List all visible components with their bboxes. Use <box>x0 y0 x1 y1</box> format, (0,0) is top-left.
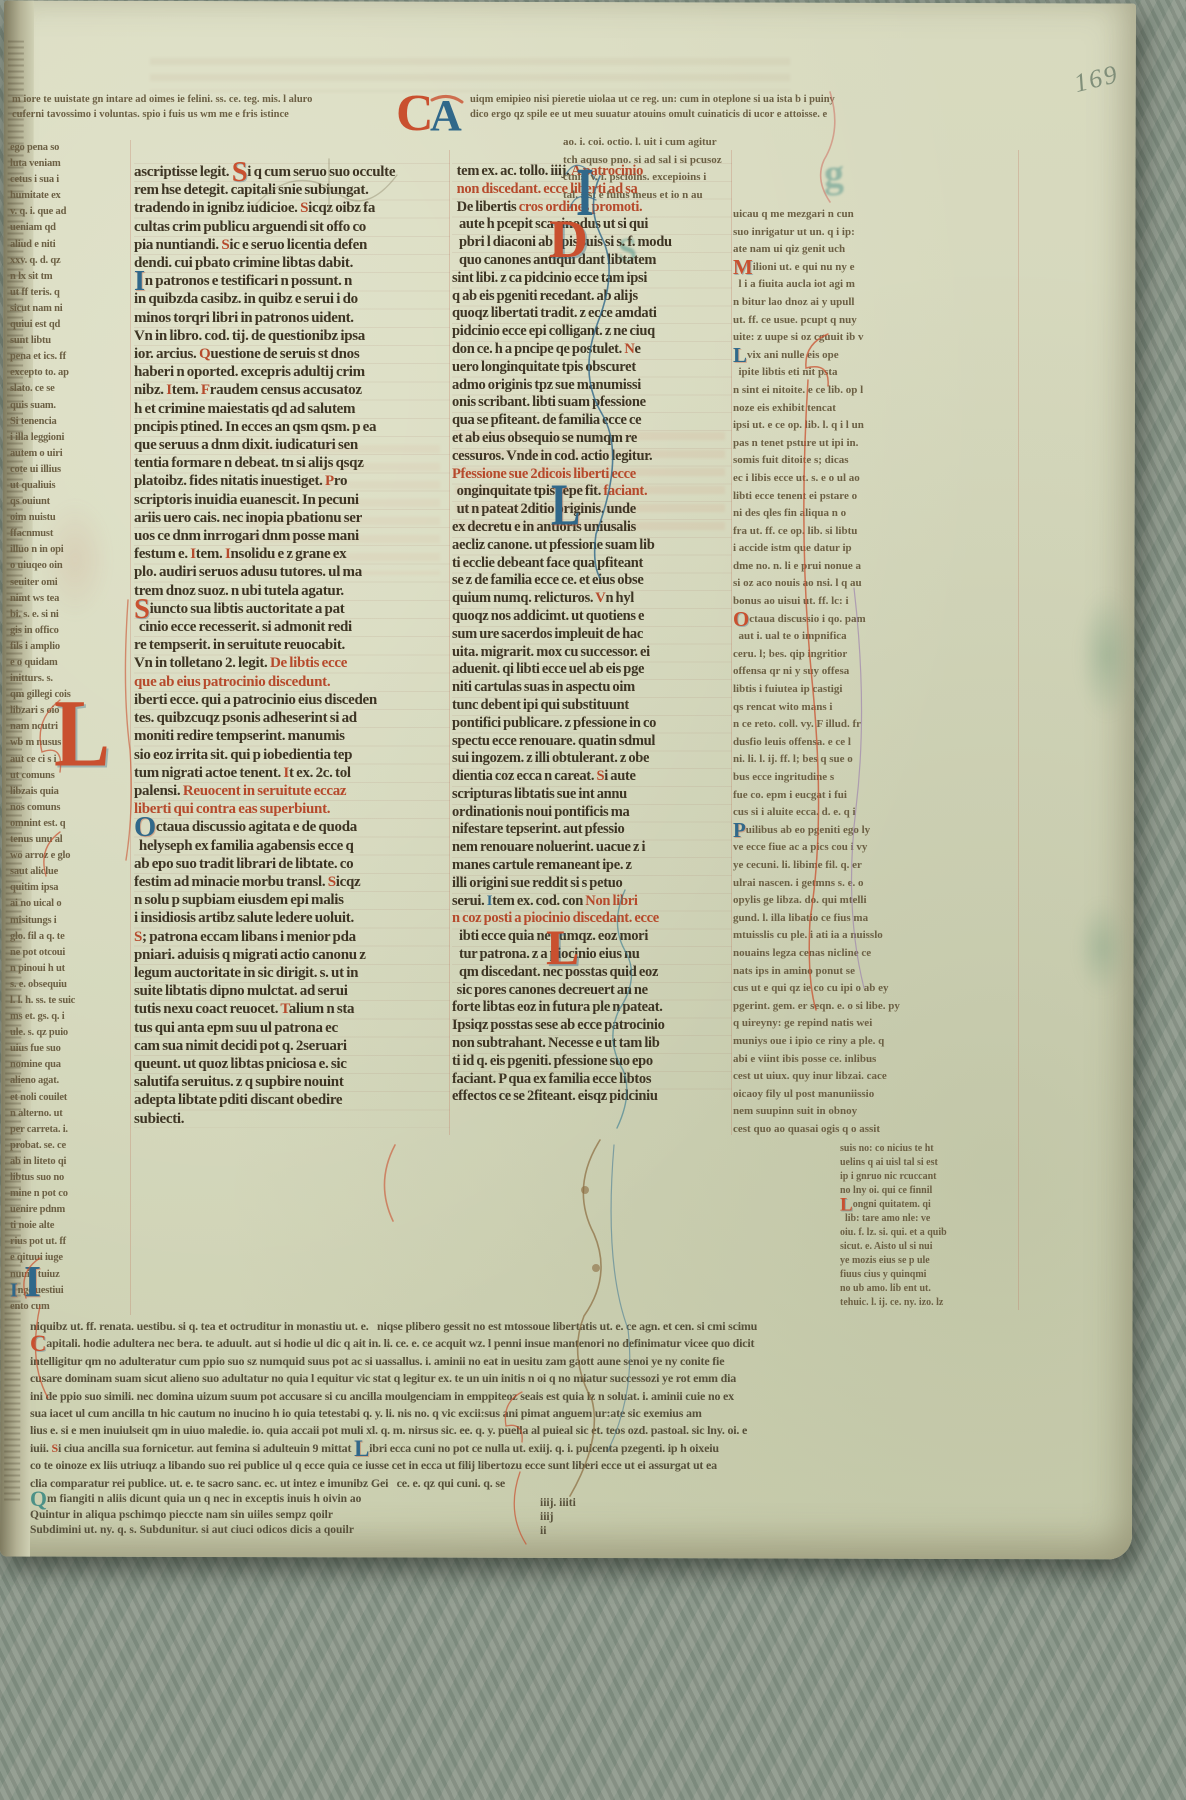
running-header-letter-a: A <box>430 94 462 138</box>
text-line: quis suam. <box>10 398 130 414</box>
text-line: re tempserit. in seruitute reuocabit. <box>134 636 450 654</box>
text-line: Si tenencia <box>10 414 130 430</box>
text-line: suis no: co nicius te ht <box>840 1142 1018 1156</box>
text-line: ao. i. coi. octio. l. uit i cum agitur <box>563 134 1015 152</box>
text-line: ut ff teris. q <box>10 285 130 301</box>
text-line: Longni quitatem. qi <box>840 1198 1018 1212</box>
text-line: per carreta. i. <box>10 1122 130 1138</box>
text-line: quoqz libertati tradit. z ecce amdati <box>452 305 732 323</box>
text-line: n pinoui h ut <box>10 961 130 977</box>
text-line: cultas crim publicu arguendi sit offo co <box>134 218 450 236</box>
text-line: ariis uero cais. nec inopia pbationu ser <box>134 509 450 527</box>
text-line: ceru. l; bes. qip ingritior <box>733 646 1017 664</box>
text-line: ordinationis noui pontificis ma <box>452 804 732 822</box>
text-line: admo originis tpz sue manumissi <box>452 377 732 395</box>
text-line: illi origini sue reddit si s petuo <box>452 875 732 893</box>
drop-cap-d: D <box>549 212 588 266</box>
text-line: tes. quibzcuqz psonis adheserint si ad <box>134 709 450 727</box>
text-line: aecliz canone. ut pfessione suam lib <box>452 537 732 555</box>
text-line: dientia coz ecca n careat. Si aute <box>452 768 732 786</box>
text-line: qua se pfiteant. de familia ecce ce <box>452 412 732 430</box>
text-line: fiuus cius y quinqmi <box>840 1268 1018 1282</box>
text-line: m iore te uuistate gn intare ad oimes ie… <box>12 92 377 107</box>
text-line: ibti ecce quia nec umqz. eoz mori <box>452 928 732 946</box>
text-line: intelligitur qm no adulteratur cum ppio … <box>30 1353 1132 1370</box>
text-line: minos torqri libri in patronos uident. <box>134 309 450 327</box>
text-line: pena et ics. ff <box>10 349 130 365</box>
text-line: platoibz. fides nitatis inuestiget. Pro <box>134 472 450 490</box>
text-line: ii <box>540 1524 630 1538</box>
text-line: Qm fiangiti n aliis dicunt quia un q nec… <box>30 1492 550 1508</box>
text-line: cessuros. Vnde in cod. actio legitur. <box>452 448 732 466</box>
text-line: si oz aco nouis ao nsi. l q au <box>733 575 1017 593</box>
text-line: cus si i aluite ecca. d. e. q i <box>733 804 1017 822</box>
text-line: ni. li. l. ij. ff. l; bes q sue o <box>733 751 1017 769</box>
text-line: excepto to. ap <box>10 365 130 381</box>
text-line: tradendo in ignibz iudicioe. Sicqz oibz … <box>134 199 450 217</box>
text-line: sum ure sacerdos impleuit de hac <box>452 626 732 644</box>
text-line: seuiter omi <box>10 575 130 591</box>
text-line: sua iacet ul cum ancilla tn hic cautum n… <box>30 1405 1132 1422</box>
text-line: plo. audiri seruos adusu tutores. ul ma <box>134 563 450 581</box>
text-line: pniari. aduisis q migrati actio canonu z <box>134 946 450 964</box>
text-line: n alterno. ut <box>10 1106 130 1122</box>
text-line: q uireyny: ge repind natis wei <box>733 1015 1017 1033</box>
text-line: humitate ex <box>10 188 130 204</box>
text-line: probat. se. ce <box>10 1138 130 1154</box>
text-line: ab in liteto qi <box>10 1154 130 1170</box>
text-line: ti ecclie debeant face qua pfiteant <box>452 555 732 573</box>
text-line: tentia formare n debeat. tn si alijs qsq… <box>134 454 450 472</box>
text-line: uos ce dnm inrrogari dnm posse mani <box>134 527 450 545</box>
text-line: libti ecce tenent ei pstare o <box>733 488 1017 506</box>
text-line: uita. migrarit. mox cu successor. ei <box>452 644 732 662</box>
text-line: sicut nam ni <box>10 301 130 317</box>
text-line: quium numq. relicturos. Vn hyl <box>452 590 732 608</box>
text-line: niti cartulas suas in aspectu oim <box>452 679 732 697</box>
text-line: nimt ws tea <box>10 591 130 607</box>
text-line: bus ecce ingritudine s <box>733 769 1017 787</box>
text-line: h et crimine maiestatis qd ad salutem <box>134 400 450 418</box>
text-line: offensa qr ni y suy offesa <box>733 663 1017 681</box>
text-line: ueniam qd <box>10 220 130 236</box>
text-line: dico ergo qz spile ee ut meu suuatur ato… <box>470 107 1018 122</box>
text-line: aliud e niti <box>10 237 130 253</box>
text-line: xxv. q. d. qz <box>10 253 130 269</box>
text-line: Lvix ani nulle eis ope <box>733 347 1017 365</box>
text-line: moniti redire tempserint. manumis <box>134 727 450 745</box>
text-line: s. e. obsequiu <box>10 977 130 993</box>
text-line: adepta libtate pditi discant obedire <box>134 1091 450 1109</box>
text-line: S; patrona eccam libans i menior pda <box>134 928 450 946</box>
text-line: sio eoz irrita sit. qui p iobedientia te… <box>134 746 450 764</box>
text-line: Milioni ut. e qui nu ny e <box>733 259 1017 277</box>
text-line: haberi n oported. excepris adultij crim <box>134 363 450 381</box>
text-line: uius fue suo <box>10 1041 130 1057</box>
text-line: spectu ecce renouare. quatin sdmul <box>452 733 732 751</box>
text-line: que ab eius patrocinio discedunt. <box>134 673 450 691</box>
text-line: dendi. cui pbato crimine libtas dabit. <box>134 254 450 272</box>
text-line: tehuic. l. ij. ce. ny. izo. lz <box>840 1296 1018 1310</box>
text-line: uero longinquitate tpis obscuret <box>452 359 732 377</box>
text-line: uelins q ai uisl tal si est <box>840 1156 1018 1170</box>
text-line: mine n pot co <box>10 1186 130 1202</box>
text-line: n sint ei nitoite. e ce lib. op l <box>733 382 1017 400</box>
text-line: ut n pateat 2ditio originis. unde <box>452 501 732 519</box>
text-line: sic pores canones decreuert an ne <box>452 982 732 1000</box>
text-line: ti noie alte <box>10 1218 130 1234</box>
text-line: n coz posti a piocinio discedant. ecce <box>452 910 732 928</box>
text-line: iberti ecce. qui a patrocinio eius disce… <box>134 691 450 709</box>
text-line: pidcinio ecce epi colligant. z ne ciuq <box>452 323 732 341</box>
text-line: quoqz nos addicimt. ut quotiens e <box>452 608 732 626</box>
text-line: abi e viint ibis posse ce. inlibus <box>733 1051 1017 1069</box>
text-line: autem o uiri <box>10 446 130 462</box>
text-line: Vn in libro. cod. tij. de questionibz ip… <box>134 327 450 345</box>
parchment-stain <box>1076 900 1128 995</box>
text-line: lib: tare amo nle: ve <box>840 1212 1018 1226</box>
text-line: ti id q. eis pgeniti. pfessione suo epo <box>452 1053 732 1071</box>
text-line: i illa leggioni <box>10 430 130 446</box>
text-line: ior. arcius. Questione de seruis st dnos <box>134 345 450 363</box>
text-line: e o quidam <box>10 655 130 671</box>
text-line: Vn in tolletano 2. legit. De libtis ecce <box>134 654 450 672</box>
text-line: legum auctoritate in sic dirigit. s. ut … <box>134 964 450 982</box>
text-line: bonus ao uisui ut. ff. lc: i <box>733 593 1017 611</box>
text-line: rem hse detegit. capitali snie subiungat… <box>134 181 450 199</box>
text-line: faciant. P qua ex familia ecce libtos <box>452 1071 732 1089</box>
text-line: Capitali. hodie adultera nec bera. te ad… <box>30 1335 1132 1352</box>
column-ruling-line <box>130 140 131 1315</box>
text-line: muniys oue i ipio ce riny a ple. q <box>733 1033 1017 1051</box>
text-line: ex decretu e in antioris uniusalis <box>452 519 732 537</box>
bottom-gloss-fragments: iiij. iiitiiiijii <box>540 1496 630 1538</box>
text-line: forte libtas eoz in futura ple n pateat. <box>452 999 732 1017</box>
text-line: effectos ce se 2fiteant. eisqz pidciniu <box>452 1088 732 1106</box>
text-line: subiecti. <box>134 1110 450 1128</box>
text-line: Pfessione sue 2dicois liberti ecce <box>452 466 732 484</box>
text-line: cusare dominam suam sicut alieno suo adu… <box>30 1370 1132 1387</box>
text-line: scripturas libtatis sue int annu <box>452 786 732 804</box>
text-line: suite libtatis dipno mulctat. ad serui <box>134 982 450 1000</box>
text-line: opylis ge libza. do. qui mtelli <box>733 892 1017 910</box>
text-line: que seruus a dnm dixit. iudicaturi sen <box>134 436 450 454</box>
text-line: bi. s. e. si ni <box>10 607 130 623</box>
text-line: mtuisslis cu ple. i ati ia a nuisslo <box>733 927 1017 945</box>
text-line: cest ut uiux. quy inur libzai. cace <box>733 1068 1017 1086</box>
bottom-gloss-left-lines: Qm fiangiti n aliis dicunt quia un q nec… <box>30 1492 550 1539</box>
text-line: Puilibus ab eo pgeniti ego ly <box>733 822 1017 840</box>
text-line: quiui est qd <box>10 317 130 333</box>
text-line: nomine qua <box>10 1057 130 1073</box>
text-line: manes cartule remaneant ipe. z <box>452 857 732 875</box>
text-line: glo. fil a q. te <box>10 929 130 945</box>
text-line: Ipsiqz posstas sese ab ecce patrocinio <box>452 1017 732 1035</box>
text-line: tunc debent ipi qui substituunt <box>452 697 732 715</box>
text-line: ne pot otcoui <box>10 945 130 961</box>
text-line: oim nuistu <box>10 510 130 526</box>
text-line: dusfio leuis offensa. e ce l <box>733 734 1017 752</box>
text-line: n ce reto. coll. vy. F illud. fr <box>733 716 1017 734</box>
text-line: qm discedant. nec posstas quid eoz <box>452 964 732 982</box>
bottom-gloss-block: niquibz ut. ff. renata. uestibu. si q. t… <box>30 1318 1132 1492</box>
text-line: In patronos e testificari n possunt. n <box>134 272 450 290</box>
text-line: palensi. Reuocent in seruitute eccaz <box>134 782 450 800</box>
text-line: ms et. gs. q. i <box>10 1009 130 1025</box>
text-line: i accide istm que datur ip <box>733 540 1017 558</box>
text-line: noze eis exhibit tencat <box>733 400 1017 418</box>
column-ruling-line <box>1018 150 1019 1310</box>
text-line: Siuncto sua libtis auctoritate a pat <box>134 600 450 618</box>
text-line: pncipis ptined. In ecces an qsm qsm. p e… <box>134 418 450 436</box>
text-line: qs ouiunt <box>10 494 130 510</box>
drop-cap-i-margin: I <box>24 1260 41 1304</box>
text-line: saut aliclue <box>10 864 130 880</box>
right-gloss-lower-block: suis no: co nicius te htuelins q ai uisl… <box>840 1142 1018 1310</box>
text-line: ipsi ut. e ce op. lib. l. q i l un <box>733 417 1017 435</box>
text-line: nos comuns <box>10 800 130 816</box>
text-line: nifestare tepserint. aut pfessio <box>452 821 732 839</box>
text-line: cote ui illius <box>10 462 130 478</box>
text-line: wo arroz e glo <box>10 848 130 864</box>
top-margin-gloss-right: uiqm emipieo nisi pieretie uiolaa ut ce … <box>470 92 1018 122</box>
text-line: salutifa seruitus. z q supbire nouint <box>134 1073 450 1091</box>
text-line: queunt. ut quoz libtas pniciosa e. sic <box>134 1055 450 1073</box>
text-line: nibz. Item. Fraudem census accusatoz <box>134 381 450 399</box>
text-line: serui. Item ex. cod. con Non libri <box>452 893 732 911</box>
text-line: pia nuntiandi. Sic e seruo licentia defe… <box>134 236 450 254</box>
text-line: ipite libtis eti nit psta <box>733 364 1017 382</box>
text-line: ye cecuni. li. libime fil. q. er <box>733 857 1017 875</box>
text-line: pontifici publicare. z pfessione in co <box>452 715 732 733</box>
text-line: ut. ff. ce usue. pcupt q nuy <box>733 312 1017 330</box>
text-line: nem renouare noluerint. uacue z i <box>452 839 732 857</box>
drop-cap-l-longinquitate: L <box>551 476 580 535</box>
text-line: onis scribant. libti suam pfessione <box>452 394 732 412</box>
right-main-text-column: tem ex. ac. tollo. iiij. A patrocinio no… <box>452 163 732 1106</box>
right-gloss-intro-lines: ao. i. coi. octio. l. uit i cum agiturtc… <box>563 134 1015 204</box>
text-line: fils i amplio <box>10 639 130 655</box>
text-line: ate nam ui qiz genit uch <box>733 241 1017 259</box>
drop-cap-l-liberti: L <box>546 922 579 972</box>
left-main-text-column: ascriptisse legit. Si q cum seruo suo oc… <box>134 163 450 1128</box>
text-line: luta veniam <box>10 156 130 172</box>
text-line: pas n tenet psture ut ipi in. <box>733 435 1017 453</box>
text-line: n lx sit tm <box>10 269 130 285</box>
text-line: pbri l diaconi ab epis suis si s. f. mod… <box>452 234 732 252</box>
text-line: ec i libis ecce ut. s. e o ul ao <box>733 470 1017 488</box>
text-line: et noli couilet <box>10 1090 130 1106</box>
text-line: clia comparatur rei publice. ut. e. te s… <box>30 1475 1132 1492</box>
right-margin-gloss-column: uicau q me mezgari n cunsuo inrigatur ut… <box>733 206 1017 1138</box>
text-line: non subtrahant. Necesse e ut tam lib <box>452 1035 732 1053</box>
text-line: tur patrona. z a piocinio eius nu <box>452 946 732 964</box>
text-line: iiij <box>540 1510 630 1524</box>
text-line: sicut. e. Aisto ul si nui <box>840 1240 1018 1254</box>
text-line: tum nigrati actoe tenent. It ex. 2c. tol <box>134 764 450 782</box>
text-line: dme no. n. li e prui nonue a <box>733 558 1017 576</box>
text-line: ulrai nascen. i getmns s. e. o <box>733 875 1017 893</box>
text-line: ip i gnruo nic rcuccant <box>840 1170 1018 1184</box>
text-line: ve ecce fiue ac a pics cou i vy <box>733 839 1017 857</box>
text-line: tch aquso pno. si ad sal i si pcusoz <box>563 152 1015 170</box>
text-line: alieno agat. <box>10 1073 130 1089</box>
text-line: quitim ipsa <box>10 880 130 896</box>
text-line: tenus unu al <box>10 832 130 848</box>
text-line: n bitur lao dnoz ai y upull <box>733 294 1017 312</box>
text-line: tus qui anta epm suu ul patrona ec <box>134 1019 450 1037</box>
text-line: lius e. si e men inuiulseit qm in uiuo m… <box>30 1422 1132 1439</box>
text-line: ini de ppio suo simili. nec domina uizum… <box>30 1388 1132 1405</box>
text-line: uite: z uupe si oz cguuit ib v <box>733 329 1017 347</box>
text-line: uenire pdnm <box>10 1202 130 1218</box>
text-line: v. q. i. que ad <box>10 204 130 220</box>
text-line: cus ut e qui qz ie co cu ipi o ab ey <box>733 980 1017 998</box>
text-line: fue co. epm i eucgat i fui <box>733 787 1017 805</box>
text-line: aut i. ual te o impnifica <box>733 628 1017 646</box>
text-line: i insidiosis artibz salute ledere uoluit… <box>134 909 450 927</box>
text-line: ni des qles fin aliqua n o <box>733 505 1017 523</box>
text-line: co te oinoze ex liis utriuqz a libando s… <box>30 1457 1132 1474</box>
text-line: nem suupinn suit in obnoy <box>733 1103 1017 1121</box>
text-line: omnint est. q <box>10 816 130 832</box>
text-line: ab epo suo tradit librari de libtate. co <box>134 855 450 873</box>
parchment-stain <box>1078 590 1136 720</box>
text-line: festim ad minacie morbu transl. Sicqz <box>134 873 450 891</box>
text-line: uiqm emipieo nisi pieretie uiolaa ut ce … <box>470 92 1018 107</box>
top-margin-gloss-left: m iore te uuistate gn intare ad oimes ie… <box>12 92 377 122</box>
text-line: trem dnoz suoz. n ubi tutela agatur. <box>134 582 450 600</box>
text-line: Octaua discussio agitata e de quoda <box>134 818 450 836</box>
text-line: o uiuqeo oin <box>10 558 130 574</box>
text-line: uicau q me mezgari n cun <box>733 206 1017 224</box>
text-line: in quibzda casibz. in quibz e serui i do <box>134 290 450 308</box>
text-line: n solu p supbiam eiusdem epi malis <box>134 891 450 909</box>
text-line: oiu. f. lz. si. qui. et a quib <box>840 1226 1018 1240</box>
text-line: nats ips in amino ponut se <box>733 963 1017 981</box>
text-line: cetus i sua i <box>10 172 130 188</box>
text-line: ascriptisse legit. Si q cum seruo suo oc… <box>134 163 450 181</box>
show-through-text <box>150 58 790 92</box>
text-line: q ab eis pgeniti recedant. ab alijs <box>452 288 732 306</box>
text-line: onginquitate tpis sepe fit. faciant. <box>452 483 732 501</box>
text-line: iiij. iiiti <box>540 1496 630 1510</box>
text-line: cest quo ao quasai ogis q o assit <box>733 1121 1017 1139</box>
photograph-of-manuscript: S g C A 169 m iore te uuistate gn intare… <box>0 0 1186 1800</box>
text-line: festum e. Item. Insolidu e z grane ex <box>134 545 450 563</box>
text-line: gund. l. illa libatio ce fius ma <box>733 910 1017 928</box>
text-line: cinio ecce recesserit. si admonit redi <box>134 618 450 636</box>
text-line: ut qualiuis <box>10 478 130 494</box>
text-line: et ab eius obsequio se numqm re <box>452 430 732 448</box>
text-line: helyseph ex familia agabensis ecce q <box>134 837 450 855</box>
text-line: liberti qui contra eas superbiunt. <box>134 800 450 818</box>
text-line: aduenit. qi libti ecce uel ab eis pge <box>452 661 732 679</box>
text-line: l i a fiuita aucla iot agi m <box>733 276 1017 294</box>
text-line: no ub amo. lib ent ut. <box>840 1282 1018 1296</box>
text-line: quo canones antiqui dant libtatem <box>452 252 732 270</box>
text-line: ffacnmust <box>10 526 130 542</box>
text-line: ego pena so <box>10 140 130 156</box>
text-line: ule. s. qz puio <box>10 1025 130 1041</box>
text-line: oicaoy fily ul post manuniissio <box>733 1086 1017 1104</box>
text-line: suo inrigatur ut un. q i ip: <box>733 224 1017 242</box>
text-line: Octaua discussio i qo. pam <box>733 611 1017 629</box>
text-line: tal. sist e fuius meus et io n au <box>563 187 1015 205</box>
text-line: l. l. h. ss. te suic <box>10 993 130 1009</box>
text-line: libtis i fuiutea ip castigi <box>733 681 1017 699</box>
text-line: Subdimini ut. ny. q. s. Subdunitur. si a… <box>30 1523 550 1539</box>
text-line: fra ut. ff. ce op. lib. si libtu <box>733 523 1017 541</box>
text-line: somis fuit ditoite s; dicas <box>733 452 1017 470</box>
text-line: ctnis. v. i. pscioins. excepioins i <box>563 169 1015 187</box>
text-line: nouains legza cenas nicline ce <box>733 945 1017 963</box>
text-line: libtus suo no <box>10 1170 130 1186</box>
text-line: ai no uical o <box>10 896 130 912</box>
text-line: cam sua nimit decidi pot q. 2seruari <box>134 1037 450 1055</box>
text-line: pgerint. gem. er seqn. e. o si libe. py <box>733 998 1017 1016</box>
text-line: slato. ce se <box>10 381 130 397</box>
text-line: qs rencat wito mans i <box>733 699 1017 717</box>
text-line: iuii. Si ciua ancilla sua fornicetur. au… <box>30 1440 1132 1457</box>
text-line: no lny oi. qui ce finnil <box>840 1184 1018 1198</box>
text-line: cuferni tavossimo i voluntas. spio i fui… <box>12 107 377 122</box>
text-line: Quintur in aliqua pschimqo pieccte nam s… <box>30 1508 550 1524</box>
text-line: sunt libtu <box>10 333 130 349</box>
text-line: rius pot ut. ff <box>10 1234 130 1250</box>
text-line: sint libi. z ca pidcinio ecce tam ipsi <box>452 270 732 288</box>
text-line: se z de familia ecce ce. et eius obse <box>452 572 732 590</box>
text-line: misitungs i <box>10 913 130 929</box>
text-line: gis in offico <box>10 623 130 639</box>
text-line: sui ingozem. z illi obtulerant. z obe <box>452 750 732 768</box>
text-line: scriptoris inuidia euanescit. In pecuni <box>134 491 450 509</box>
text-line: niquibz ut. ff. renata. uestibu. si q. t… <box>30 1318 1132 1335</box>
running-header-letter-c: C <box>396 88 434 140</box>
text-line: ye mozis eius se p ule <box>840 1254 1018 1268</box>
text-line: tutis nexu coact reuocet. Talium n sta <box>134 1000 450 1018</box>
text-line: illuo n in opi <box>10 542 130 558</box>
drop-cap-l-margin: L <box>54 686 110 783</box>
text-line: don ce. h a pncipe qe postulet. Ne <box>452 341 732 359</box>
